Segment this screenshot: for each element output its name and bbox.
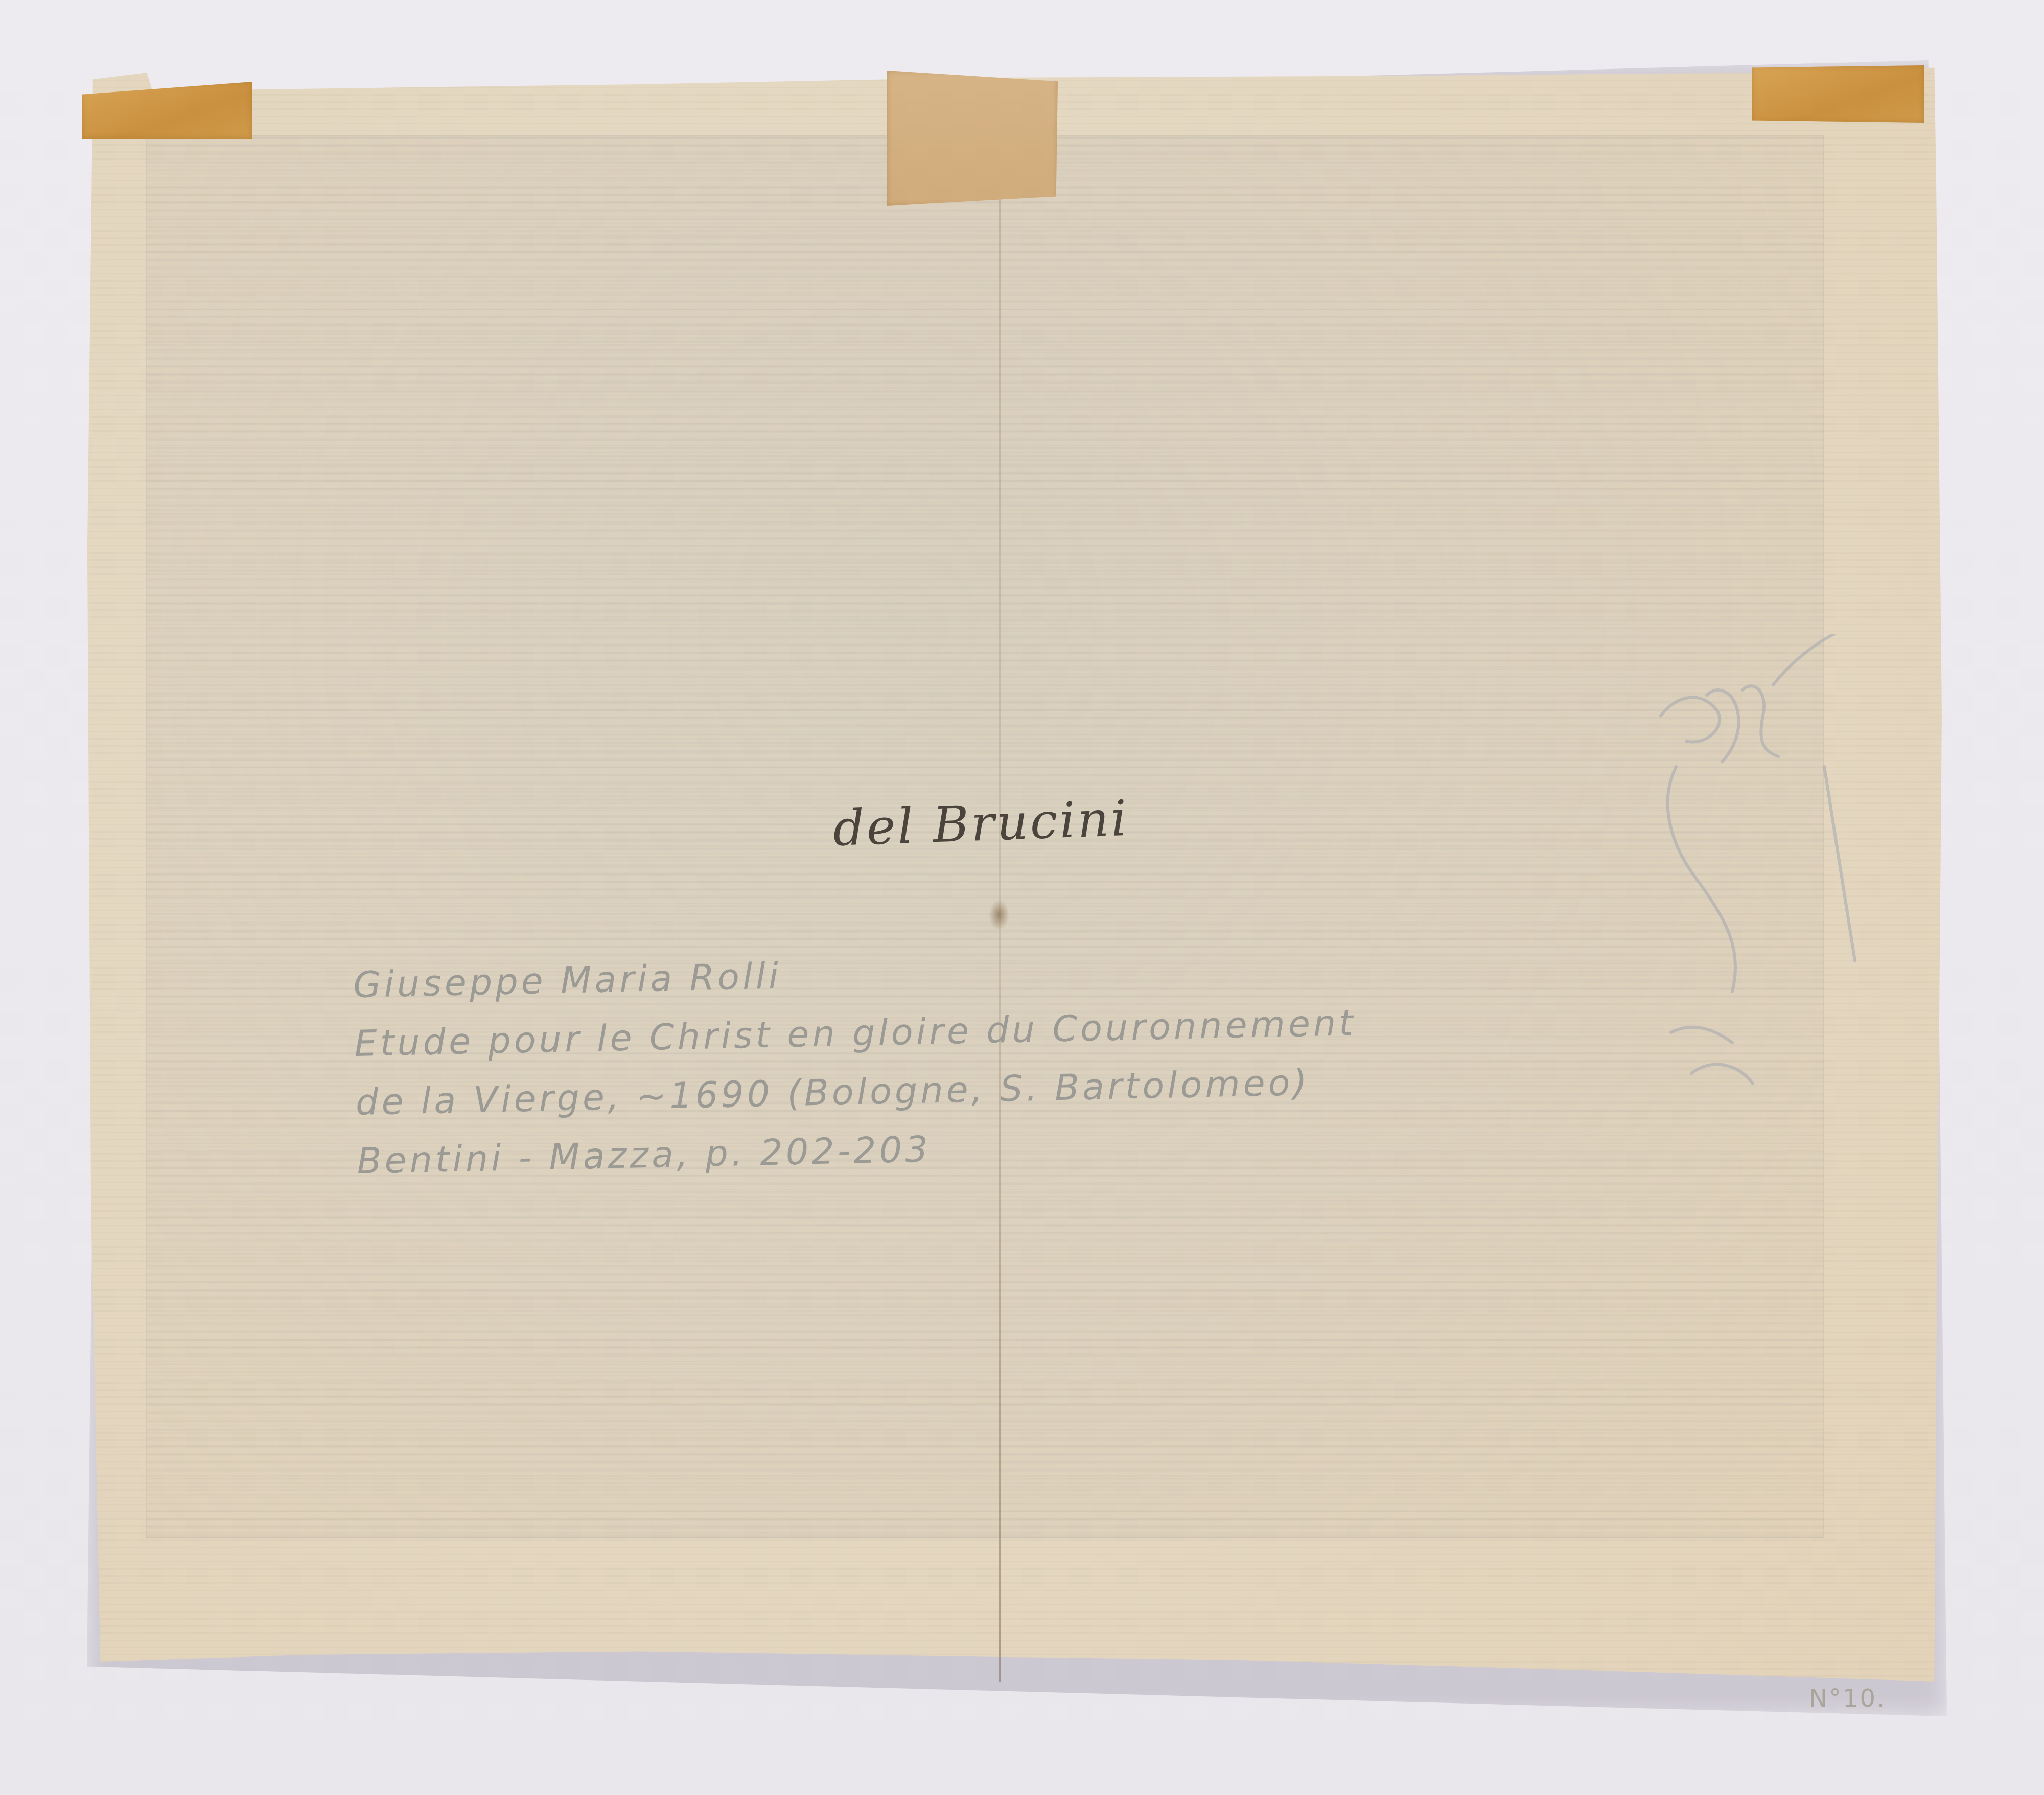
ink-signature: del Brucini — [832, 790, 1129, 857]
paper-tape-center — [887, 71, 1058, 206]
pencil-sketch-showthrough — [1630, 634, 1896, 1094]
pencil-attribution-note: Giuseppe Maria Rolli Etude pour le Chris… — [353, 935, 1359, 1191]
fold-stain — [989, 900, 1009, 930]
catalog-number: N°10. — [1809, 1684, 1886, 1713]
hinge-tape-right — [1752, 65, 1924, 123]
